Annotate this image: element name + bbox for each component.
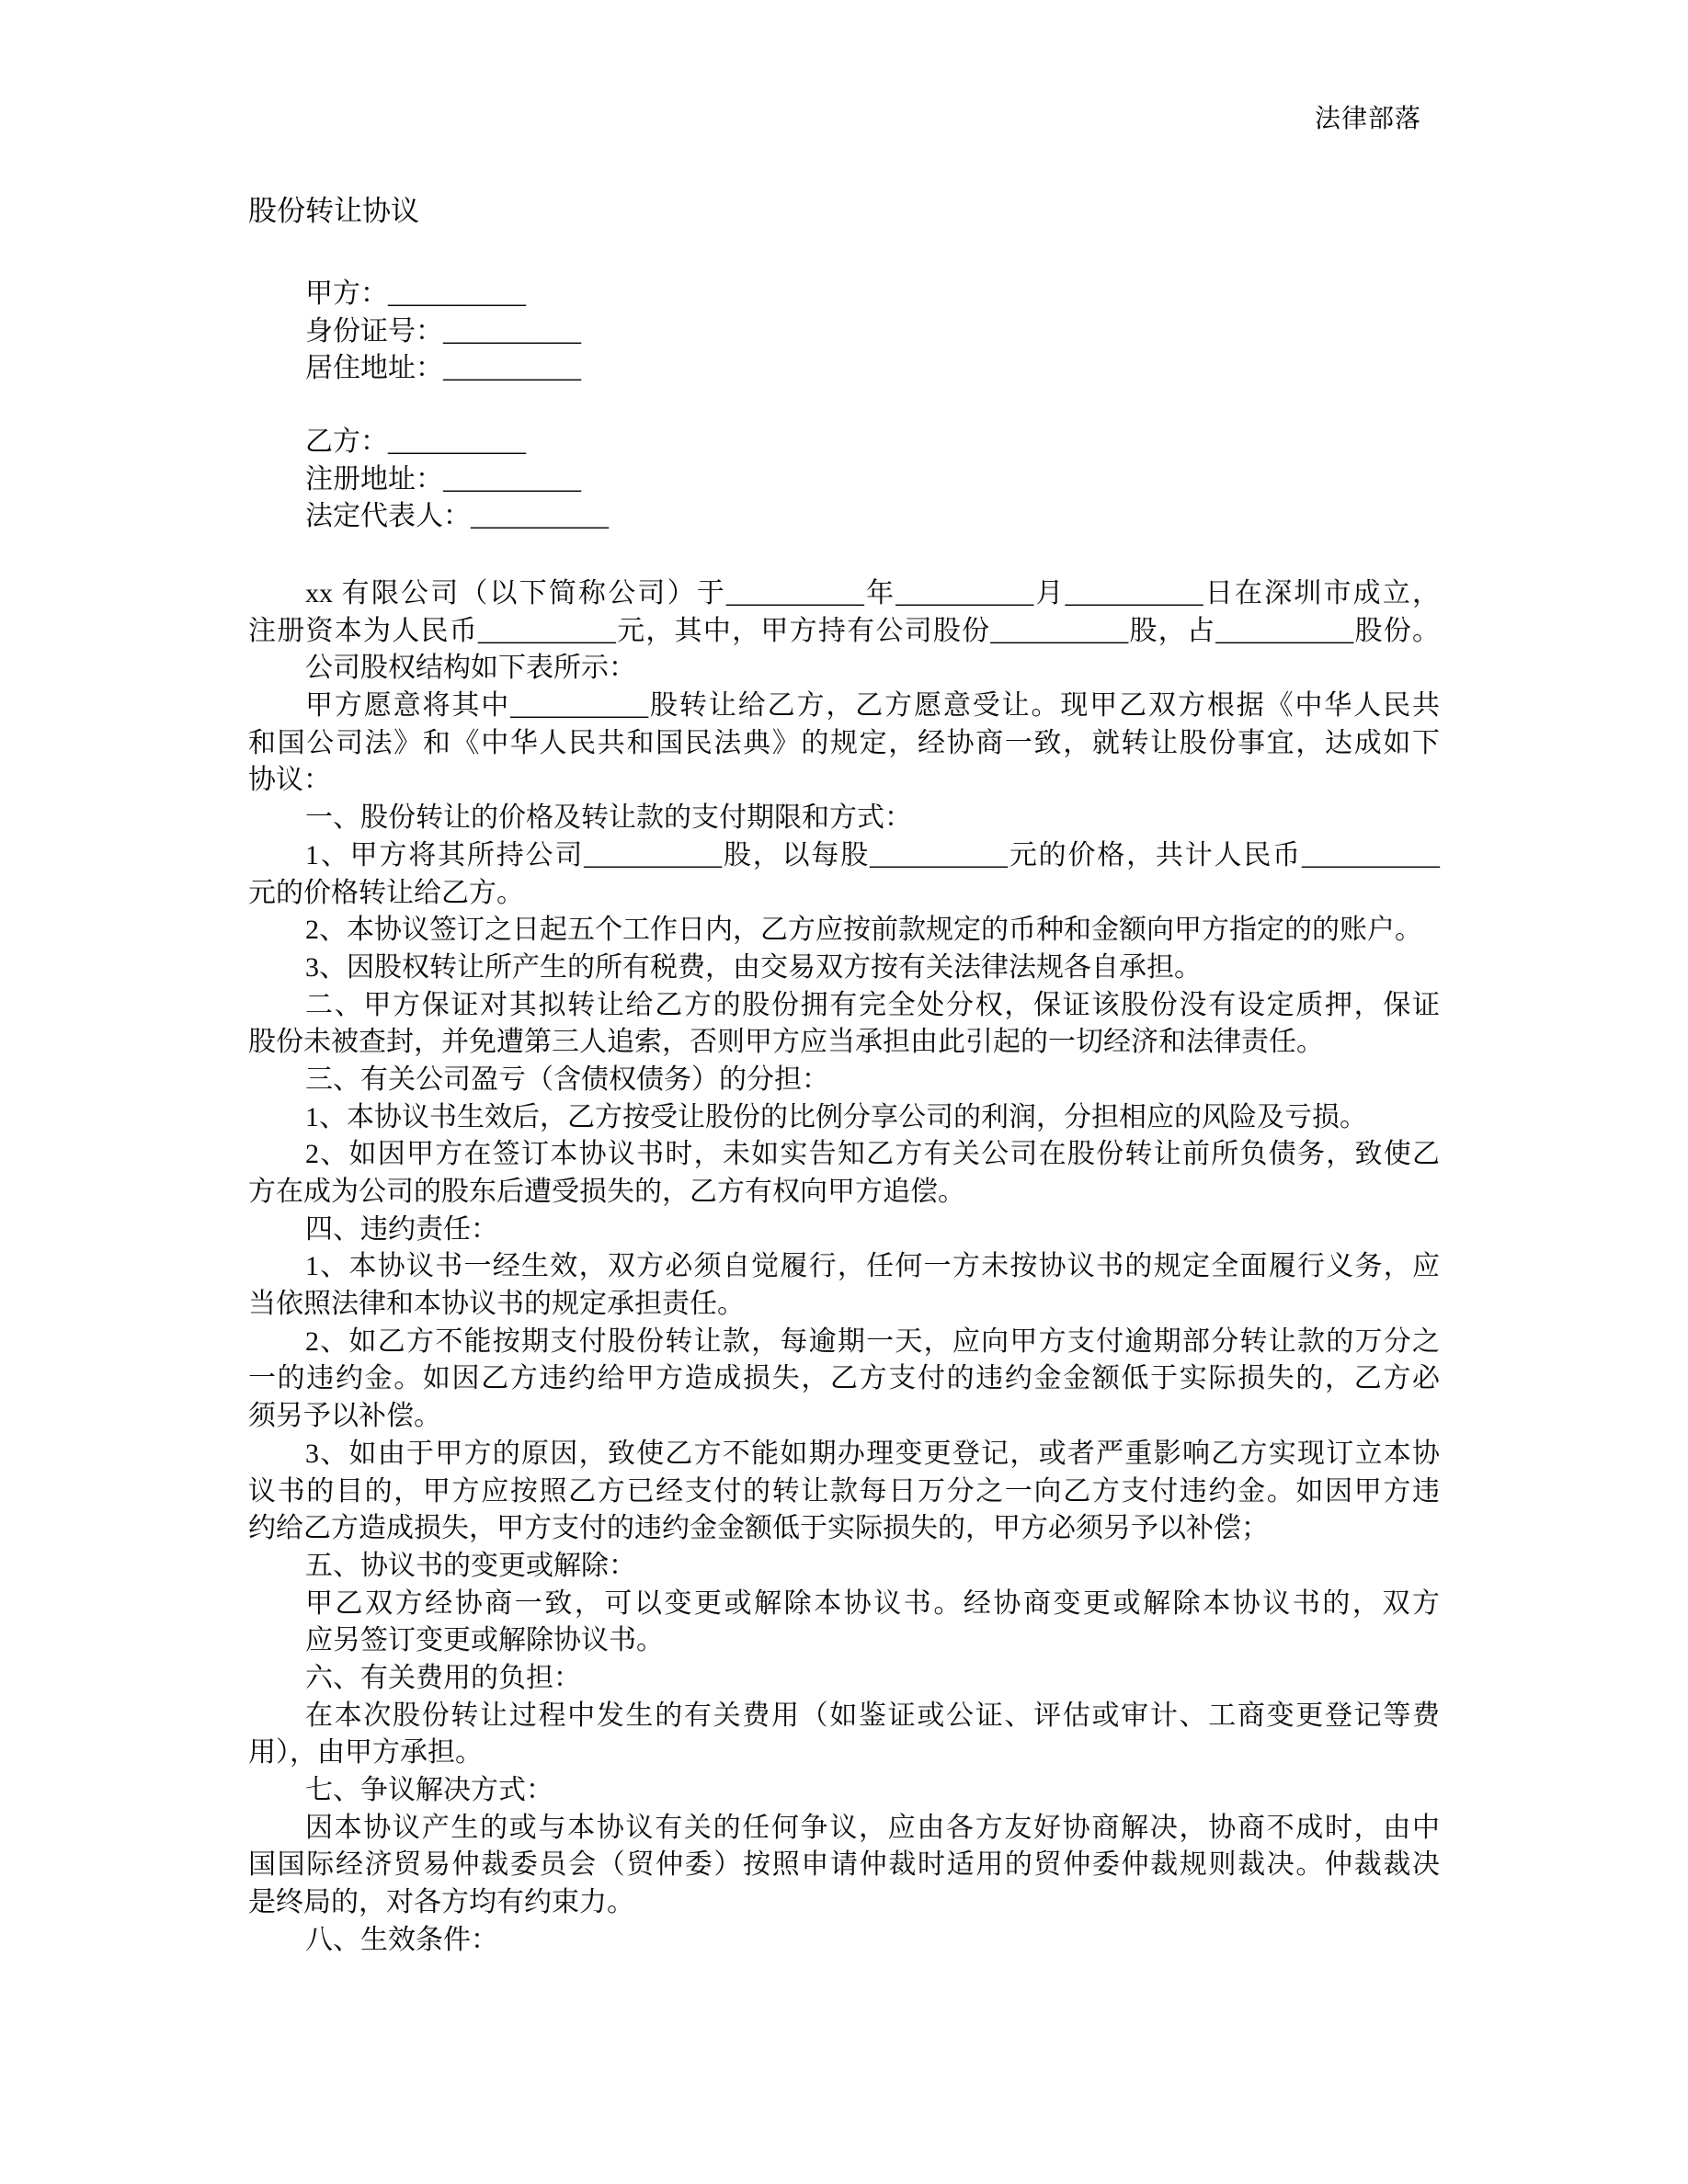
doc-title: 股份转让协议 (248, 193, 419, 230)
doc-line: 七、争议解决方式： (248, 1772, 1440, 1810)
doc-line: 五、协议书的变更或解除： (248, 1548, 1440, 1586)
doc-line: 3、如由于甲方的原因，致使乙方不能如期办理变更登记，或者严重影响乙方实现订立本协 (248, 1436, 1440, 1473)
doc-line: 1、本协议书生效后，乙方按受让股份的比例分享公司的利润，分担相应的风险及亏损。 (248, 1099, 1440, 1137)
doc-line: 注册地址：__________ (248, 461, 1440, 499)
doc-line: 甲方：__________ (248, 276, 1440, 313)
doc-line: 2、如因甲方在签订本协议书时，未如实告知乙方有关公司在股份转让前所负债务，致使乙 (248, 1136, 1440, 1174)
party-a-block: 甲方：__________身份证号：__________居住地址：_______… (248, 276, 1440, 388)
doc-line: 和国公司法》和《中华人民共和国民法典》的规定，经协商一致，就转让股份事宜，达成如… (248, 725, 1440, 763)
doc-line: 方在成为公司的股东后遭受损失的，乙方有权向甲方追偿。 (248, 1174, 1440, 1211)
doc-line: 国国际经济贸易仲裁委员会（贸仲委）按照申请仲裁时适用的贸仲委仲裁规则裁决。仲裁裁… (248, 1847, 1440, 1884)
doc-line: 一、股份转让的价格及转让款的支付期限和方式： (248, 800, 1440, 837)
doc-line: 3、因股权转让所产生的所有税费，由交易双方按有关法律法规各自承担。 (248, 950, 1440, 987)
doc-line: 法定代表人：__________ (248, 498, 1440, 536)
doc-line: 注册资本为人民币__________元，其中，甲方持有公司股份_________… (248, 613, 1440, 651)
doc-line: 元的价格转让给乙方。 (248, 875, 1440, 913)
doc-line: 二、甲方保证对其拟转让给乙方的股份拥有完全处分权，保证该股份没有设定质押，保证 (248, 987, 1440, 1025)
doc-line: 1、甲方将其所持公司__________股，以每股__________元的价格，… (248, 837, 1440, 875)
brand-text: 法律部落 (1315, 103, 1421, 136)
doc-line: 约给乙方造成损失，甲方支付的违约金金额低于实际损失的，甲方必须另予以补偿； (248, 1510, 1440, 1548)
doc-line: 是终局的，对各方均有约束力。 (248, 1884, 1440, 1922)
doc-line: 身份证号：__________ (248, 313, 1440, 351)
party-b-block: 乙方：__________注册地址：__________法定代表人：______… (248, 424, 1440, 536)
doc-line: 协议： (248, 762, 1440, 800)
doc-line: 八、生效条件： (248, 1922, 1440, 1960)
doc-line: 当依照法律和本协议书的规定承担责任。 (248, 1286, 1440, 1324)
doc-line: 公司股权结构如下表所示： (248, 650, 1440, 688)
doc-line: 须另予以补偿。 (248, 1398, 1440, 1436)
contract-body: xx 有限公司（以下简称公司）于__________年__________月__… (248, 575, 1440, 1959)
doc-line: 一的违约金。如因乙方违约给甲方造成损失，乙方支付的违约金金额低于实际损失的，乙方… (248, 1360, 1440, 1398)
doc-line: 因本协议产生的或与本协议有关的任何争议，应由各方友好协商解决，协商不成时，由中 (248, 1810, 1440, 1848)
doc-line: 甲方愿意将其中__________股转让给乙方，乙方愿意受让。现甲乙双方根据《中… (248, 688, 1440, 725)
doc-line: 居住地址：__________ (248, 350, 1440, 388)
document-page: 法律部落 股份转让协议 甲方：__________身份证号：__________… (0, 0, 1688, 2184)
doc-line: 2、本协议签订之日起五个工作日内，乙方应按前款规定的币种和金额向甲方指定的的账户… (248, 912, 1440, 950)
doc-line: 议书的目的，甲方应按照乙方已经支付的转让款每日万分之一向乙方支付违约金。如因甲方… (248, 1473, 1440, 1511)
doc-line: xx 有限公司（以下简称公司）于__________年__________月__… (248, 575, 1440, 613)
doc-line: 1、本协议书一经生效，双方必须自觉履行，任何一方未按协议书的规定全面履行义务，应 (248, 1248, 1440, 1286)
doc-line: 2、如乙方不能按期支付股份转让款，每逾期一天，应向甲方支付逾期部分转让款的万分之 (248, 1324, 1440, 1361)
doc-line: 六、有关费用的负担： (248, 1660, 1440, 1698)
doc-line: 用），由甲方承担。 (248, 1735, 1440, 1772)
doc-line: 在本次股份转让过程中发生的有关费用（如鉴证或公证、评估或审计、工商变更登记等费 (248, 1698, 1440, 1735)
doc-line: 四、违约责任： (248, 1211, 1440, 1249)
doc-line: 乙方：__________ (248, 424, 1440, 461)
doc-line: 应另签订变更或解除协议书。 (248, 1622, 1440, 1660)
doc-line: 三、有关公司盈亏（含债权债务）的分担： (248, 1062, 1440, 1099)
doc-line: 股份未被查封，并免遭第三人追索，否则甲方应当承担由此引起的一切经济和法律责任。 (248, 1024, 1440, 1062)
doc-line: 甲乙双方经协商一致，可以变更或解除本协议书。经协商变更或解除本协议书的，双方 (248, 1586, 1440, 1623)
